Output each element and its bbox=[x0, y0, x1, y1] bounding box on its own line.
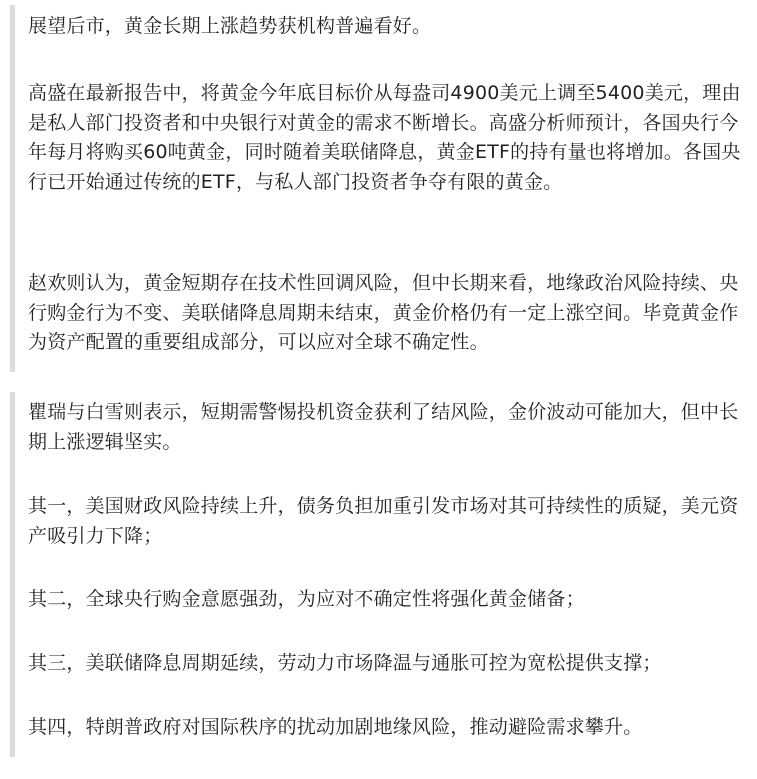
paragraph: 展望后市，黄金长期上涨趋势获机构普遍看好。 bbox=[15, 12, 743, 42]
quote-block-1: 展望后市，黄金长期上涨趋势获机构普遍看好。 高盛在最新报告中，将黄金今年底目标价… bbox=[10, 5, 750, 372]
paragraph: 其一，美国财政风险持续上升，债务负担加重引发市场对其可持续性的质疑，美元资产吸引… bbox=[15, 492, 743, 551]
paragraph: 其二，全球央行购金意愿强劲，为应对不确定性将强化黄金储备； bbox=[15, 585, 743, 615]
paragraph: 其四，特朗普政府对国际秩序的扰动加剧地缘风险，推动避险需求攀升。 bbox=[15, 713, 743, 743]
quote-block-2: 瞿瑞与白雪则表示，短期需警惕投机资金获利了结风险，金价波动可能加大，但中长期上涨… bbox=[10, 392, 750, 757]
paragraph: 瞿瑞与白雪则表示，短期需警惕投机资金获利了结风险，金价波动可能加大，但中长期上涨… bbox=[15, 398, 743, 457]
paragraph: 赵欢则认为，黄金短期存在技术性回调风险，但中长期来看，地缘政治风险持续、央行购金… bbox=[15, 269, 743, 358]
paragraph: 其三，美联储降息周期延续，劳动力市场降温与通胀可控为宽松提供支撑； bbox=[15, 649, 743, 679]
paragraph: 高盛在最新报告中，将黄金今年底目标价从每盎司4900美元上调至5400美元，理由… bbox=[15, 79, 743, 197]
